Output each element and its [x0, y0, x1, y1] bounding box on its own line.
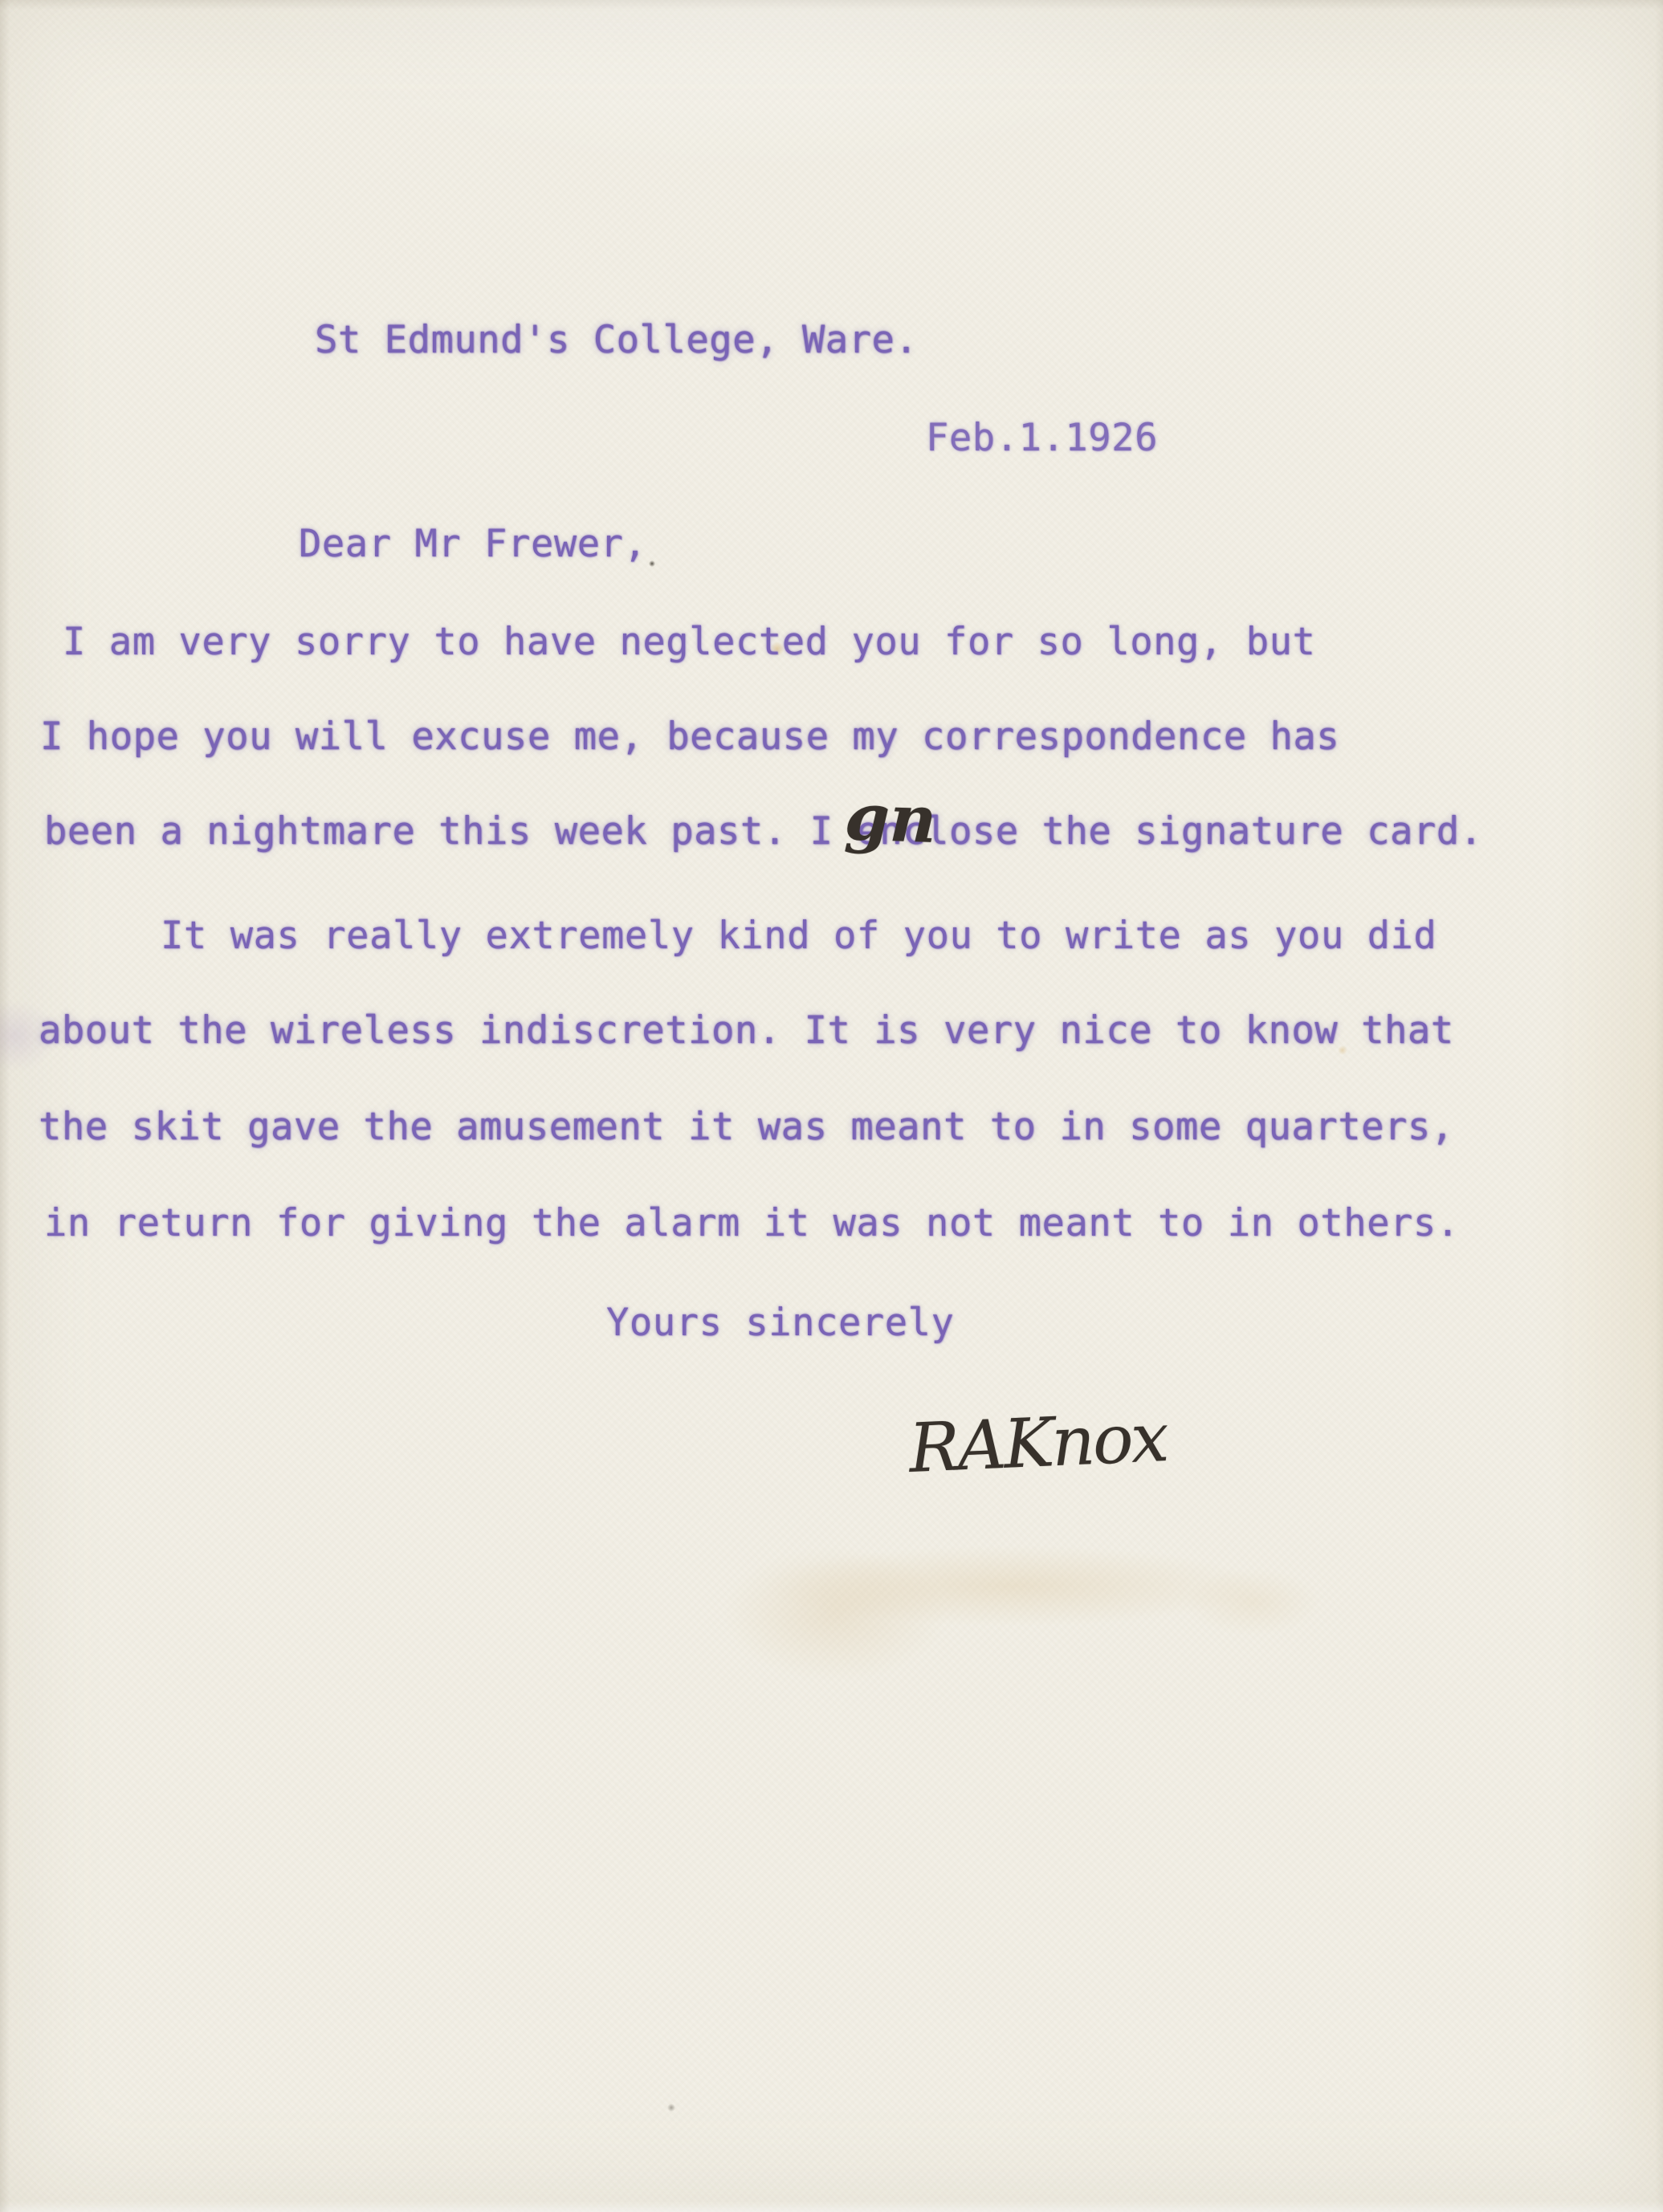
- body-line-4: It was really extremely kind of you to w…: [161, 914, 1437, 958]
- letterhead: St Edmund's College, Ware.: [315, 318, 918, 362]
- closing-line: Yours sincerely: [606, 1301, 954, 1345]
- body-line-2: I hope you will excuse me, because my co…: [40, 715, 1339, 759]
- handwritten-correction-gn: gn: [843, 779, 937, 858]
- body-line-3: been a nightmare this week past. I enclo…: [44, 809, 1483, 853]
- body-line-1: I am very sorry to have neglected you fo…: [63, 620, 1315, 664]
- signature-raknox: RAKnox: [907, 1398, 1168, 1488]
- body-line-7: in return for giving the alarm it was no…: [44, 1201, 1460, 1245]
- letter-page: St Edmund's College, Ware. Feb.1.1926 De…: [0, 0, 1663, 2212]
- date-line: Feb.1.1926: [926, 416, 1158, 460]
- salutation: Dear Mr Frewer,: [299, 522, 646, 566]
- body-line-5: about the wireless indiscretion. It is v…: [39, 1008, 1454, 1053]
- body-line-6: the skit gave the amusement it was meant…: [39, 1105, 1454, 1149]
